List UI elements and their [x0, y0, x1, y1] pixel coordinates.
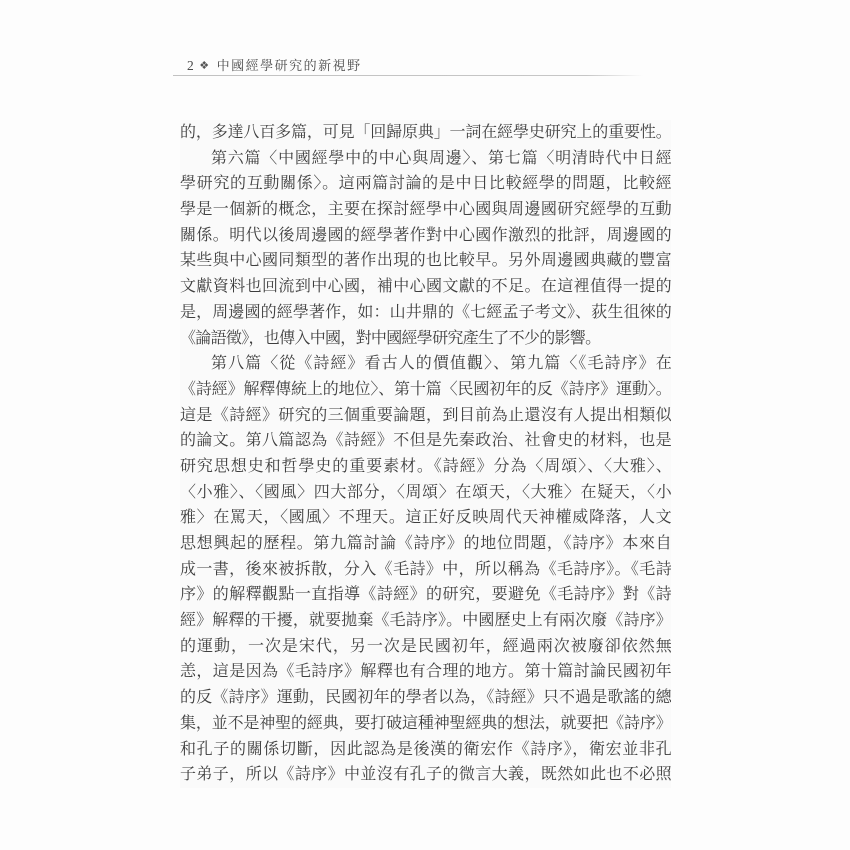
text-line: 第六篇〈中國經學中的中心與周邊〉、第七篇〈明清時代中日經 — [180, 146, 671, 172]
text-line: 思想興起的歷程。第九篇討論《詩序》的地位問題，《詩序》本來自 — [180, 531, 671, 557]
ornament-icon: ❖ — [199, 60, 210, 72]
text-line: 的運動，一次是宋代，另一次是民國初年，經過兩次被廢卻依然無 — [180, 634, 671, 660]
text-line: 學研究的互動關係〉。這兩篇討論的是中日比較經學的問題，比較經 — [180, 171, 671, 197]
text-line: 雅〉在罵天，〈國風〉不理天。這正好反映周代天神權威降落，人文 — [180, 505, 671, 531]
book-title: 中國經學研究的新視野 — [217, 58, 362, 73]
text-line: 恙，這是因為《毛詩序》解釋也有合理的地方。第十篇討論民國初年 — [180, 659, 671, 685]
text-line: 《論語徵》，也傳入中國，對中國經學研究產生了不少的影響。 — [180, 326, 671, 352]
header-rule — [173, 75, 643, 76]
text-line: 成一書，後來被拆散，分入《毛詩》中，所以稱為《毛詩序》。《毛詩 — [180, 557, 671, 583]
text-line: 的論文。第八篇認為《詩經》不但是先秦政治、社會史的材料，也是 — [180, 428, 671, 454]
text-line: 和孔子的關係切斷，因此認為是後漢的衛宏作《詩序》，衛宏並非孔 — [180, 737, 671, 763]
text-line: 文獻資料也回流到中心國，補中心國文獻的不足。在這裡值得一提的 — [180, 274, 671, 300]
text-line: 的，多達八百多篇，可見「回歸原典」一詞在經學史研究上的重要性。 — [180, 120, 671, 146]
text-line: 是，周邊國的經學著作，如：山井鼎的《七經孟子考文》、荻生徂徠的 — [180, 300, 671, 326]
text-line: 這是《詩經》研究的三個重要論題，到目前為止還沒有人提出相類似 — [180, 403, 671, 429]
text-line: 〈小雅〉、〈國風〉四大部分，〈周頌〉在頌天，〈大雅〉在疑天，〈小 — [180, 480, 671, 506]
page-number: 2 — [187, 58, 195, 73]
text-line: 經》解釋的干擾，就要拋棄《毛詩序》。中國歷史上有兩次廢《詩序》 — [180, 608, 671, 634]
text-line: 學是一個新的概念，主要在探討經學中心國與周邊國研究經學的互動 — [180, 197, 671, 223]
text-line: 第八篇〈從《詩經》看古人的價值觀〉、第九篇〈《毛詩序》在 — [180, 351, 671, 377]
text-line: 序》的解釋觀點一直指導《詩經》的研究，要避免《毛詩序》對《詩 — [180, 582, 671, 608]
text-line: 某些與中心國同類型的著作出現的也比較早。另外周邊國典藏的豐富 — [180, 248, 671, 274]
text-line: 的反《詩序》運動，民國初年的學者以為，《詩經》只不過是歌謠的總 — [180, 685, 671, 711]
page-header: 2❖中國經學研究的新視野 — [187, 55, 362, 73]
text-line: 關係。明代以後周邊國的經學著作對中心國作激烈的批評，周邊國的 — [180, 223, 671, 249]
text-block: 的，多達八百多篇，可見「回歸原典」一詞在經學史研究上的重要性。 第六篇〈中國經學… — [180, 120, 671, 788]
book-page: 2❖中國經學研究的新視野 的，多達八百多篇，可見「回歸原典」一詞在經學史研究上的… — [0, 0, 850, 850]
text-line: 集，並不是神聖的經典，要打破這種神聖經典的想法，就要把《詩序》 — [180, 711, 671, 737]
text-line: 《詩經》解釋傳統上的地位〉、第十篇〈民國初年的反《詩序》運動〉。 — [180, 377, 671, 403]
text-line: 子弟子，所以《詩序》中並沒有孔子的微言大義，既然如此也不必照 — [180, 762, 671, 788]
text-line: 研究思想史和哲學史的重要素材。《詩經》分為〈周頌〉、〈大雅〉、 — [180, 454, 671, 480]
